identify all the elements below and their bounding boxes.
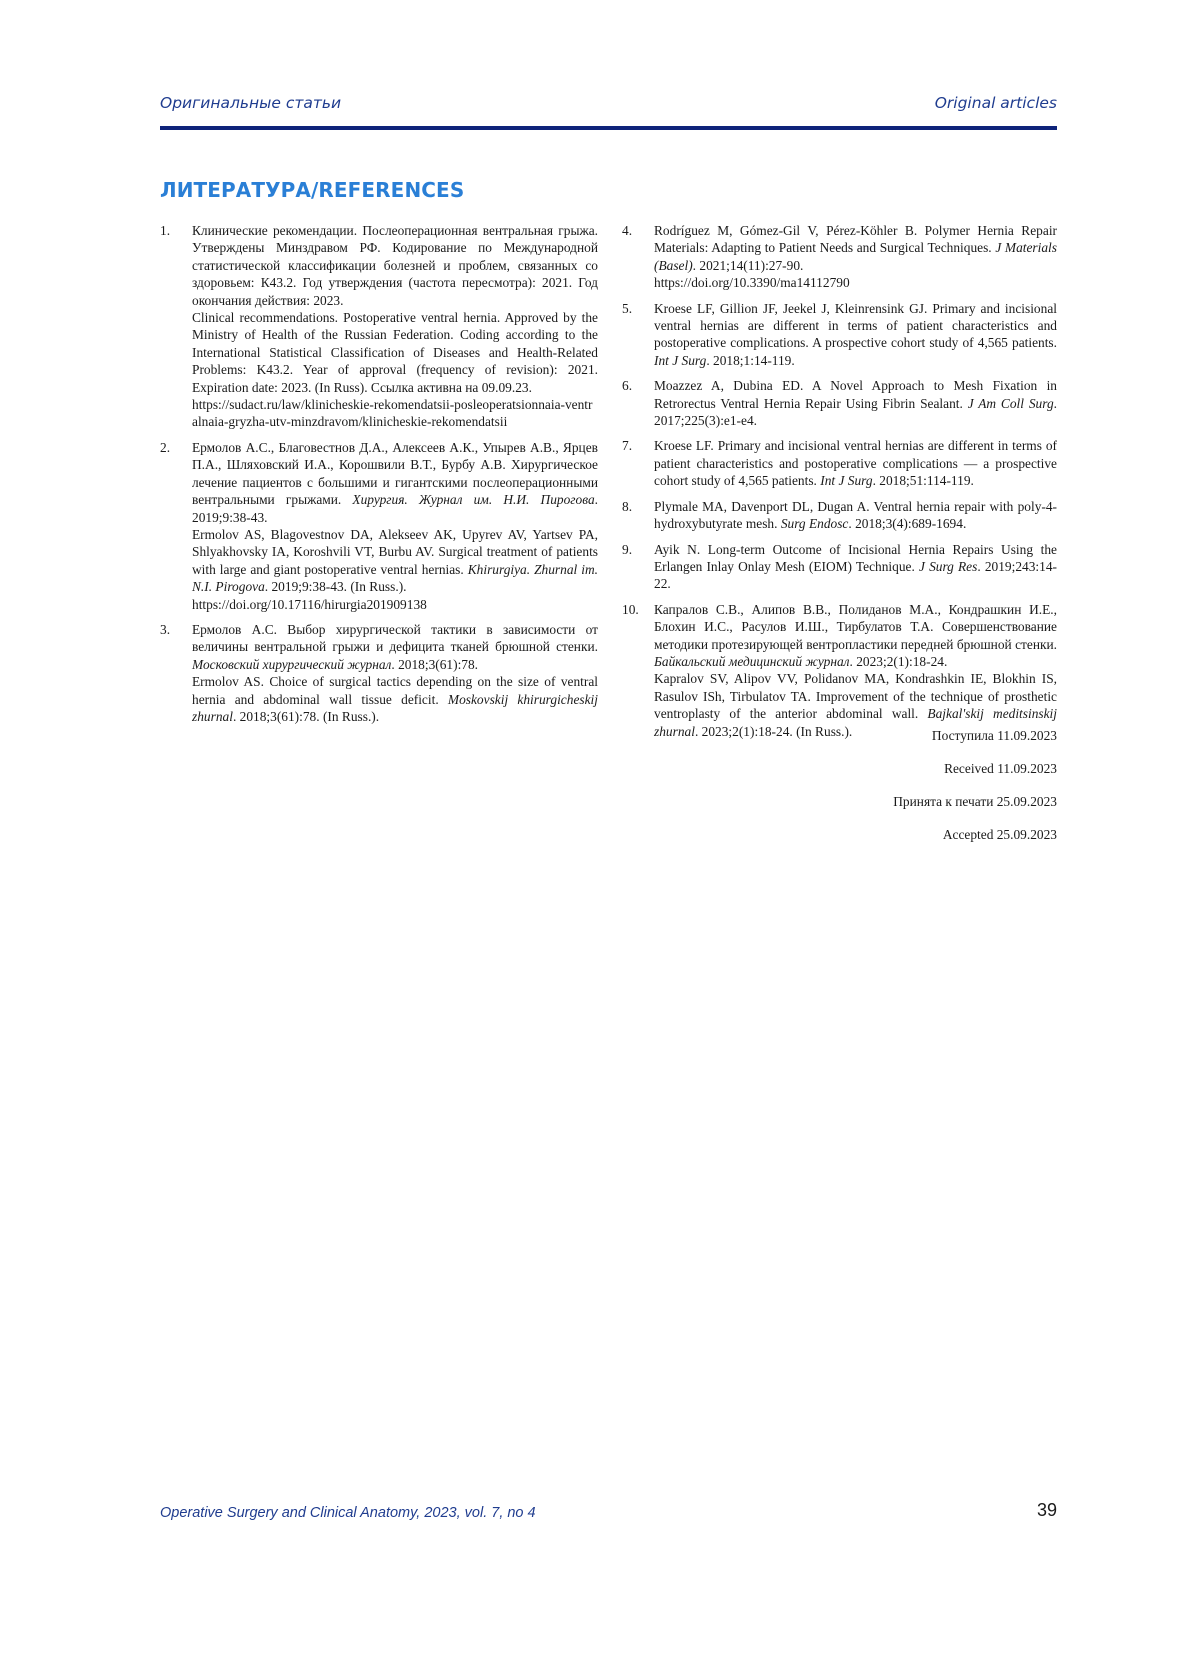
reference-citation: Ermolov AS, Blagovestnov DA, Alekseev AK… bbox=[192, 526, 598, 596]
reference-citation: Clinical recommendations. Postoperative … bbox=[192, 309, 598, 396]
reference-citation: Ермолов А.С. Выбор хирургической тактики… bbox=[192, 621, 598, 673]
reference-item: 7.Kroese LF. Primary and incisional vent… bbox=[622, 437, 1057, 489]
journal-title: Khirurgiya. Zhurnal im. N.I. Pirogova bbox=[192, 562, 598, 594]
header-rule bbox=[160, 126, 1057, 130]
reference-text: Капралов С.В., Алипов В.В., Полиданов М.… bbox=[654, 601, 1057, 740]
footer-journal-citation: Operative Surgery and Clinical Anatomy, … bbox=[160, 1505, 536, 1521]
reference-item: 10.Капралов С.В., Алипов В.В., Полиданов… bbox=[622, 601, 1057, 740]
reference-item: 4.Rodríguez M, Gómez-Gil V, Pérez-Köhler… bbox=[622, 222, 1057, 292]
running-header: Оригинальные статьи Original articles bbox=[160, 94, 1057, 116]
reference-text: Клинические рекомендации. Послеоперацион… bbox=[192, 222, 598, 431]
reference-item: 3.Ермолов А.С. Выбор хирургической такти… bbox=[160, 621, 598, 725]
reference-text: Plymale MA, Davenport DL, Dugan A. Ventr… bbox=[654, 498, 1057, 533]
reference-link[interactable]: https://doi.org/10.3390/ma14112790 bbox=[654, 274, 1057, 291]
journal-title: J Surg Res bbox=[919, 559, 977, 574]
running-header-left: Оригинальные статьи bbox=[160, 94, 341, 112]
reference-item: 2.Ермолов А.С., Благовестнов Д.А., Алекс… bbox=[160, 439, 598, 613]
reference-number: 2. bbox=[160, 439, 188, 456]
reference-citation: Plymale MA, Davenport DL, Dugan A. Ventr… bbox=[654, 498, 1057, 533]
references-column-right: 4.Rodríguez M, Gómez-Gil V, Pérez-Köhler… bbox=[622, 222, 1057, 748]
reference-number: 4. bbox=[622, 222, 650, 239]
journal-title: J Materials (Basel) bbox=[654, 240, 1057, 272]
reference-text: Moazzez A, Dubina ED. A Novel Approach t… bbox=[654, 377, 1057, 429]
reference-item: 9.Ayik N. Long-term Outcome of Incisiona… bbox=[622, 541, 1057, 593]
reference-citation: Kroese LF. Primary and incisional ventra… bbox=[654, 437, 1057, 489]
reference-citation: Ермолов А.С., Благовестнов Д.А., Алексее… bbox=[192, 439, 598, 526]
article-dates: Поступила 11.09.2023 Received 11.09.2023… bbox=[622, 726, 1057, 858]
page-number: 39 bbox=[1037, 1500, 1057, 1521]
reference-item: 8.Plymale MA, Davenport DL, Dugan A. Ven… bbox=[622, 498, 1057, 533]
reference-citation: Kroese LF, Gillion JF, Jeekel J, Kleinre… bbox=[654, 300, 1057, 370]
reference-text: Kroese LF, Gillion JF, Jeekel J, Kleinre… bbox=[654, 300, 1057, 370]
received-date-en: Received 11.09.2023 bbox=[622, 759, 1057, 792]
reference-number: 3. bbox=[160, 621, 188, 638]
reference-citation: Moazzez A, Dubina ED. A Novel Approach t… bbox=[654, 377, 1057, 429]
received-date-ru: Поступила 11.09.2023 bbox=[622, 726, 1057, 759]
reference-text: Ермолов А.С., Благовестнов Д.А., Алексее… bbox=[192, 439, 598, 613]
reference-number: 10. bbox=[622, 601, 650, 618]
reference-text: Kroese LF. Primary and incisional ventra… bbox=[654, 437, 1057, 489]
reference-number: 5. bbox=[622, 300, 650, 317]
section-title: ЛИТЕРАТУРА/REFERENCES bbox=[160, 178, 464, 202]
references-column-left: 1.Клинические рекомендации. Послеопераци… bbox=[160, 222, 598, 733]
reference-number: 1. bbox=[160, 222, 188, 239]
reference-number: 6. bbox=[622, 377, 650, 394]
reference-number: 7. bbox=[622, 437, 650, 454]
accepted-date-ru: Принята к печати 25.09.2023 bbox=[622, 792, 1057, 825]
reference-citation: Rodríguez M, Gómez-Gil V, Pérez-Köhler B… bbox=[654, 222, 1057, 274]
reference-item: 6.Moazzez A, Dubina ED. A Novel Approach… bbox=[622, 377, 1057, 429]
journal-title: Moskovskij khirurgicheskij zhurnal bbox=[192, 692, 598, 724]
reference-number: 9. bbox=[622, 541, 650, 558]
reference-number: 8. bbox=[622, 498, 650, 515]
reference-text: Ермолов А.С. Выбор хирургической тактики… bbox=[192, 621, 598, 725]
journal-title: Int J Surg bbox=[820, 473, 872, 488]
reference-text: Ayik N. Long-term Outcome of Incisional … bbox=[654, 541, 1057, 593]
journal-title: Московский хирургический журнал bbox=[192, 657, 391, 672]
reference-link[interactable]: https://sudact.ru/law/klinicheskie-rekom… bbox=[192, 396, 598, 431]
reference-text: Rodríguez M, Gómez-Gil V, Pérez-Köhler B… bbox=[654, 222, 1057, 292]
reference-citation: Ermolov AS. Choice of surgical tactics d… bbox=[192, 673, 598, 725]
journal-title: Surg Endosc bbox=[781, 516, 849, 531]
journal-title: Хирургия. Журнал им. Н.И. Пирогова bbox=[352, 492, 594, 507]
reference-link[interactable]: https://doi.org/10.17116/hirurgia2019091… bbox=[192, 596, 598, 613]
reference-item: 5.Kroese LF, Gillion JF, Jeekel J, Klein… bbox=[622, 300, 1057, 370]
reference-item: 1.Клинические рекомендации. Послеопераци… bbox=[160, 222, 598, 431]
journal-title: J Am Coll Surg bbox=[968, 396, 1054, 411]
accepted-date-en: Accepted 25.09.2023 bbox=[622, 825, 1057, 858]
running-header-right: Original articles bbox=[935, 94, 1057, 112]
reference-citation: Клинические рекомендации. Послеоперацион… bbox=[192, 222, 598, 309]
journal-title: Int J Surg bbox=[654, 353, 706, 368]
journal-title: Байкальский медицинский журнал bbox=[654, 654, 850, 669]
reference-citation: Капралов С.В., Алипов В.В., Полиданов М.… bbox=[654, 601, 1057, 671]
reference-citation: Ayik N. Long-term Outcome of Incisional … bbox=[654, 541, 1057, 593]
